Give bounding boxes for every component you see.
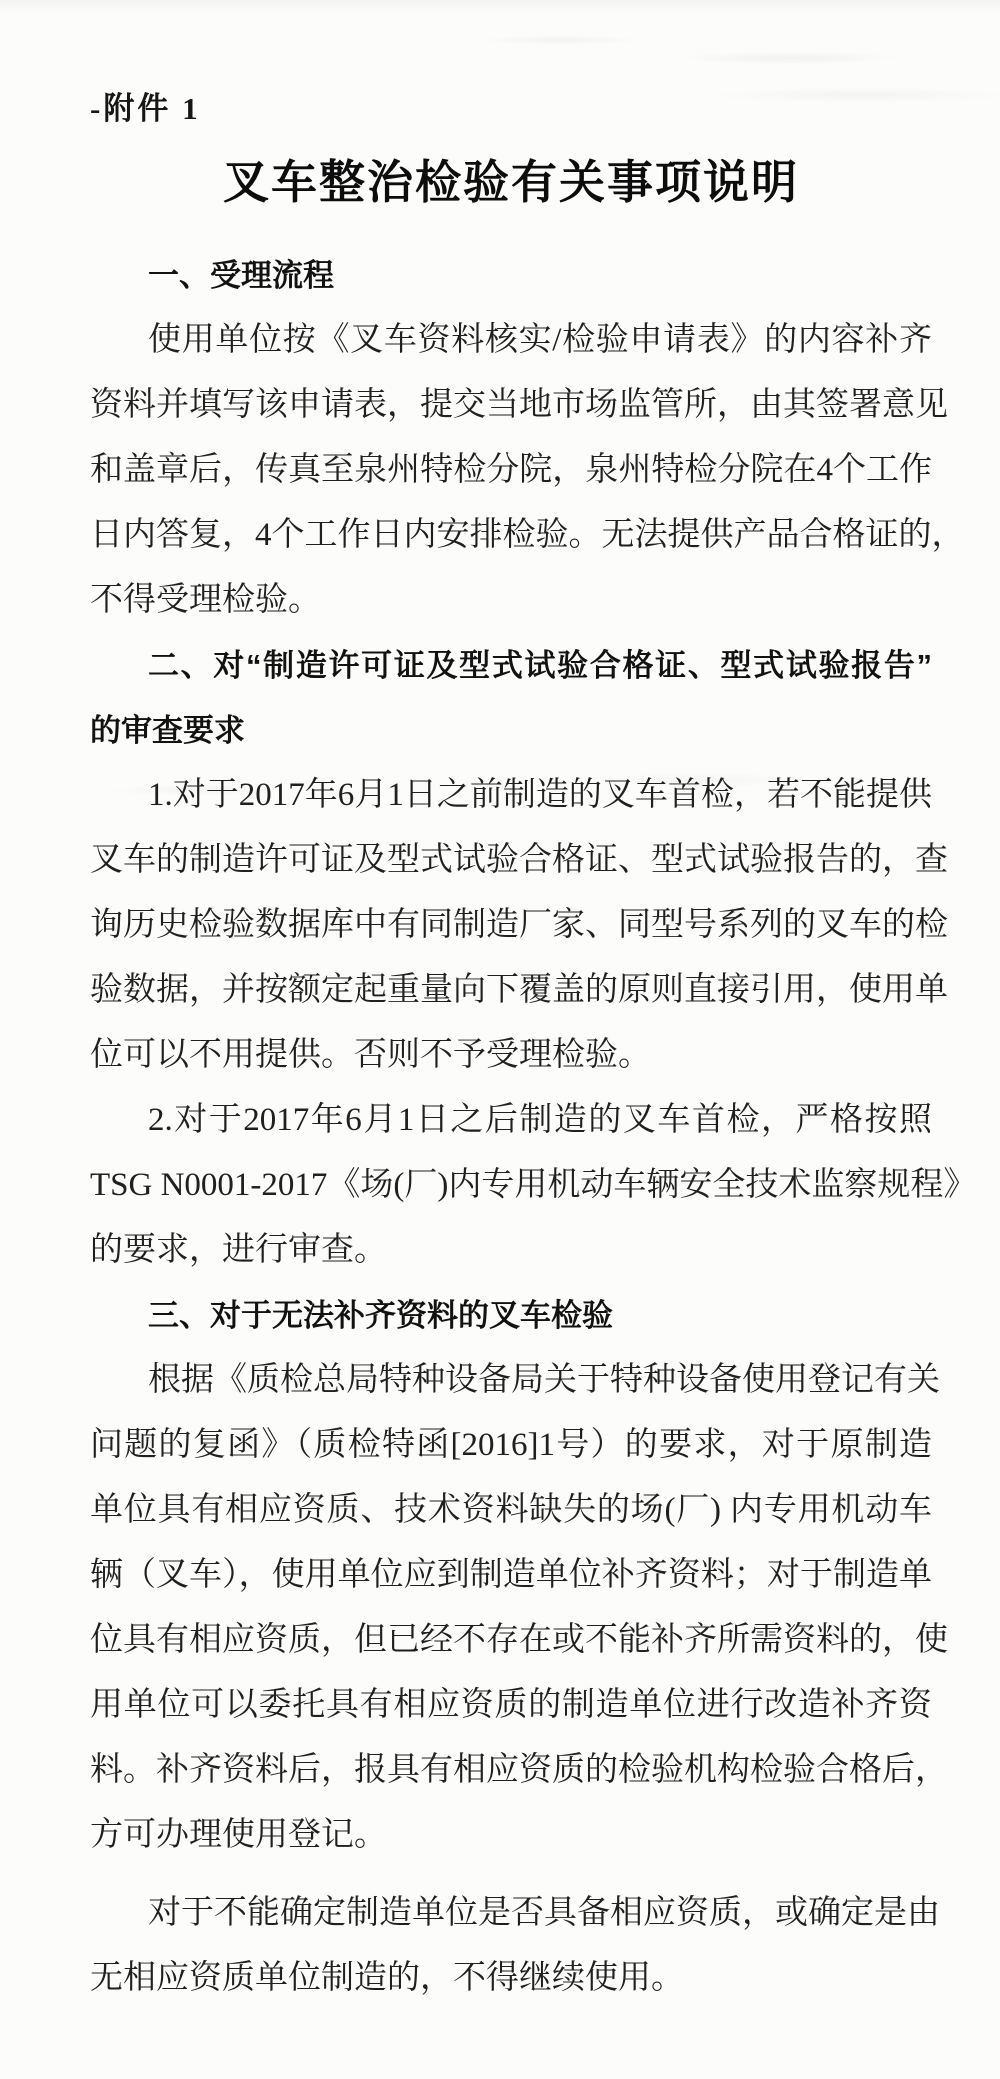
- text-line: 根据《质检总局特种设备局关于特种设备使用登记有关: [90, 1348, 932, 1413]
- text-line: 一、受理流程: [90, 243, 932, 308]
- text-line: 叉车的制造许可证及型式试验合格证、型式试验报告的，查: [90, 828, 932, 893]
- text-line: 用单位可以委托具有相应资质的制造单位进行改造补齐资: [90, 1673, 932, 1738]
- section: 三、对于无法补齐资料的叉车检验根据《质检总局特种设备局关于特种设备使用登记有关问…: [90, 1283, 932, 2011]
- text-line: 和盖章后，传真至泉州特检分院，泉州特检分院在4个工作: [90, 438, 932, 503]
- text-line: 问题的复函》（质检特函[2016]1号）的要求，对于原制造: [90, 1413, 932, 1478]
- paragraph: 使用单位按《叉车资料核实/检验申请表》的内容补齐资料并填写该申请表，提交当地市场…: [90, 308, 932, 633]
- text-line: 2.对于2017年6月1日之后制造的叉车首检，严格按照: [90, 1088, 932, 1153]
- text-line: 对于不能确定制造单位是否具备相应资质，或确定是由: [90, 1881, 932, 1946]
- section: 一、受理流程使用单位按《叉车资料核实/检验申请表》的内容补齐资料并填写该申请表，…: [90, 243, 932, 633]
- text-line: 不得受理检验。: [90, 568, 932, 633]
- page-title: 叉车整治检验有关事项说明: [90, 152, 932, 214]
- attachment-label: -附件 1: [90, 90, 932, 128]
- paragraph: 根据《质检总局特种设备局关于特种设备使用登记有关问题的复函》（质检特函[2016…: [90, 1348, 932, 1868]
- document-sections: 一、受理流程使用单位按《叉车资料核实/检验申请表》的内容补齐资料并填写该申请表，…: [90, 243, 932, 2011]
- section-heading: 二、对“制造许可证及型式试验合格证、型式试验报告”的审查要求: [90, 633, 932, 763]
- text-line: 询历史检验数据库中有同制造厂家、同型号系列的叉车的检: [90, 893, 932, 958]
- text-line: 三、对于无法补齐资料的叉车检验: [90, 1283, 932, 1348]
- paragraph: 对于不能确定制造单位是否具备相应资质，或确定是由无相应资质单位制造的，不得继续使…: [90, 1881, 932, 2011]
- text-line: 验数据，并按额定起重量向下覆盖的原则直接引用，使用单: [90, 958, 932, 1023]
- section: 二、对“制造许可证及型式试验合格证、型式试验报告”的审查要求1.对于2017年6…: [90, 633, 932, 1283]
- text-line: TSG N0001-2017《场(厂)内专用机动车辆安全技术监察规程》: [90, 1153, 932, 1218]
- text-line: 无相应资质单位制造的，不得继续使用。: [90, 1946, 932, 2011]
- text-line: 位具有相应资质，但已经不存在或不能补齐所需资料的，使: [90, 1608, 932, 1673]
- section-heading: 一、受理流程: [90, 243, 932, 308]
- text-line: 使用单位按《叉车资料核实/检验申请表》的内容补齐: [90, 308, 932, 373]
- text-line: 1.对于2017年6月1日之前制造的叉车首检，若不能提供: [90, 763, 932, 828]
- text-line: 料。补齐资料后，报具有相应资质的检验机构检验合格后，: [90, 1738, 932, 1803]
- text-line: 单位具有相应资质、技术资料缺失的场(厂) 内专用机动车: [90, 1478, 932, 1543]
- paragraph: 1.对于2017年6月1日之前制造的叉车首检，若不能提供叉车的制造许可证及型式试…: [90, 763, 932, 1088]
- text-line: 日内答复，4个工作日内安排检验。无法提供产品合格证的，: [90, 503, 932, 568]
- text-line: 二、对“制造许可证及型式试验合格证、型式试验报告”: [90, 633, 932, 698]
- text-line: 的审查要求: [90, 698, 932, 763]
- text-line: 方可办理使用登记。: [90, 1803, 932, 1868]
- paragraph: 2.对于2017年6月1日之后制造的叉车首检，严格按照TSG N0001-201…: [90, 1088, 932, 1283]
- section-heading: 三、对于无法补齐资料的叉车检验: [90, 1283, 932, 1348]
- text-line: 资料并填写该申请表，提交当地市场监管所，由其签署意见: [90, 373, 932, 438]
- document-page: -附件 1 叉车整治检验有关事项说明 一、受理流程使用单位按《叉车资料核实/检验…: [0, 0, 1000, 2079]
- text-line: 位可以不用提供。否则不予受理检验。: [90, 1023, 932, 1088]
- text-line: 辆（叉车），使用单位应到制造单位补齐资料；对于制造单: [90, 1543, 932, 1608]
- text-line: 的要求，进行审查。: [90, 1218, 932, 1283]
